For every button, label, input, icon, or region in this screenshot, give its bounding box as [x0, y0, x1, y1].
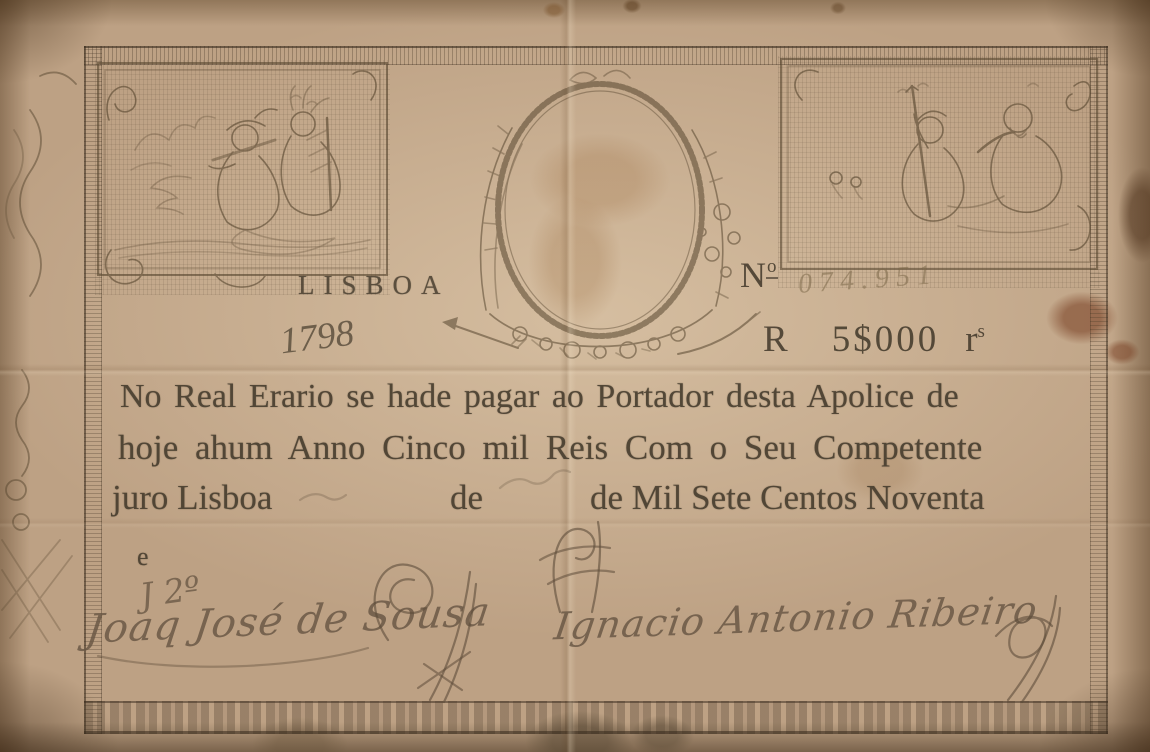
left-vignette-engraving [95, 60, 390, 295]
denomination-prefix: R [763, 319, 788, 360]
number-label: No [740, 254, 778, 296]
body-text-line-4: e [137, 542, 149, 572]
frame-bottom-ornament-band [84, 701, 1108, 734]
number-ordinal: o [766, 256, 778, 279]
body-text-line-3-de: de [450, 478, 483, 518]
banknote-photo: LISBOA 1798 No 074.951 R5$000rs No Real … [0, 0, 1150, 752]
body-text-line-1: No Real Erario se hade pagar ao Portador… [120, 378, 959, 416]
denomination-line: R5$000rs [763, 318, 985, 361]
place-name: LISBOA [298, 270, 450, 301]
body-text-line-3: juro Lisboa de de Mil Sete Centos Novent… [112, 478, 1072, 522]
denomination-unit-letter: r [965, 319, 977, 360]
horizontal-fold-crease [0, 364, 1150, 376]
body-text-line-2: hoje ahum Anno Cinco mil Reis Com o Seu … [118, 428, 982, 468]
year-figure: 1798 [278, 312, 357, 364]
right-vignette-engraving [778, 56, 1100, 288]
number-label-letter: N [740, 255, 766, 295]
denomination-unit-sup: s [978, 321, 985, 342]
denomination-amount: 5$000 [832, 319, 940, 360]
body-text-line-3-start: juro Lisboa [112, 478, 272, 518]
center-medallion-engraving [420, 62, 780, 372]
body-text-line-3-end: de Mil Sete Centos Noventa [590, 478, 985, 518]
denomination-unit: rs [965, 319, 985, 360]
